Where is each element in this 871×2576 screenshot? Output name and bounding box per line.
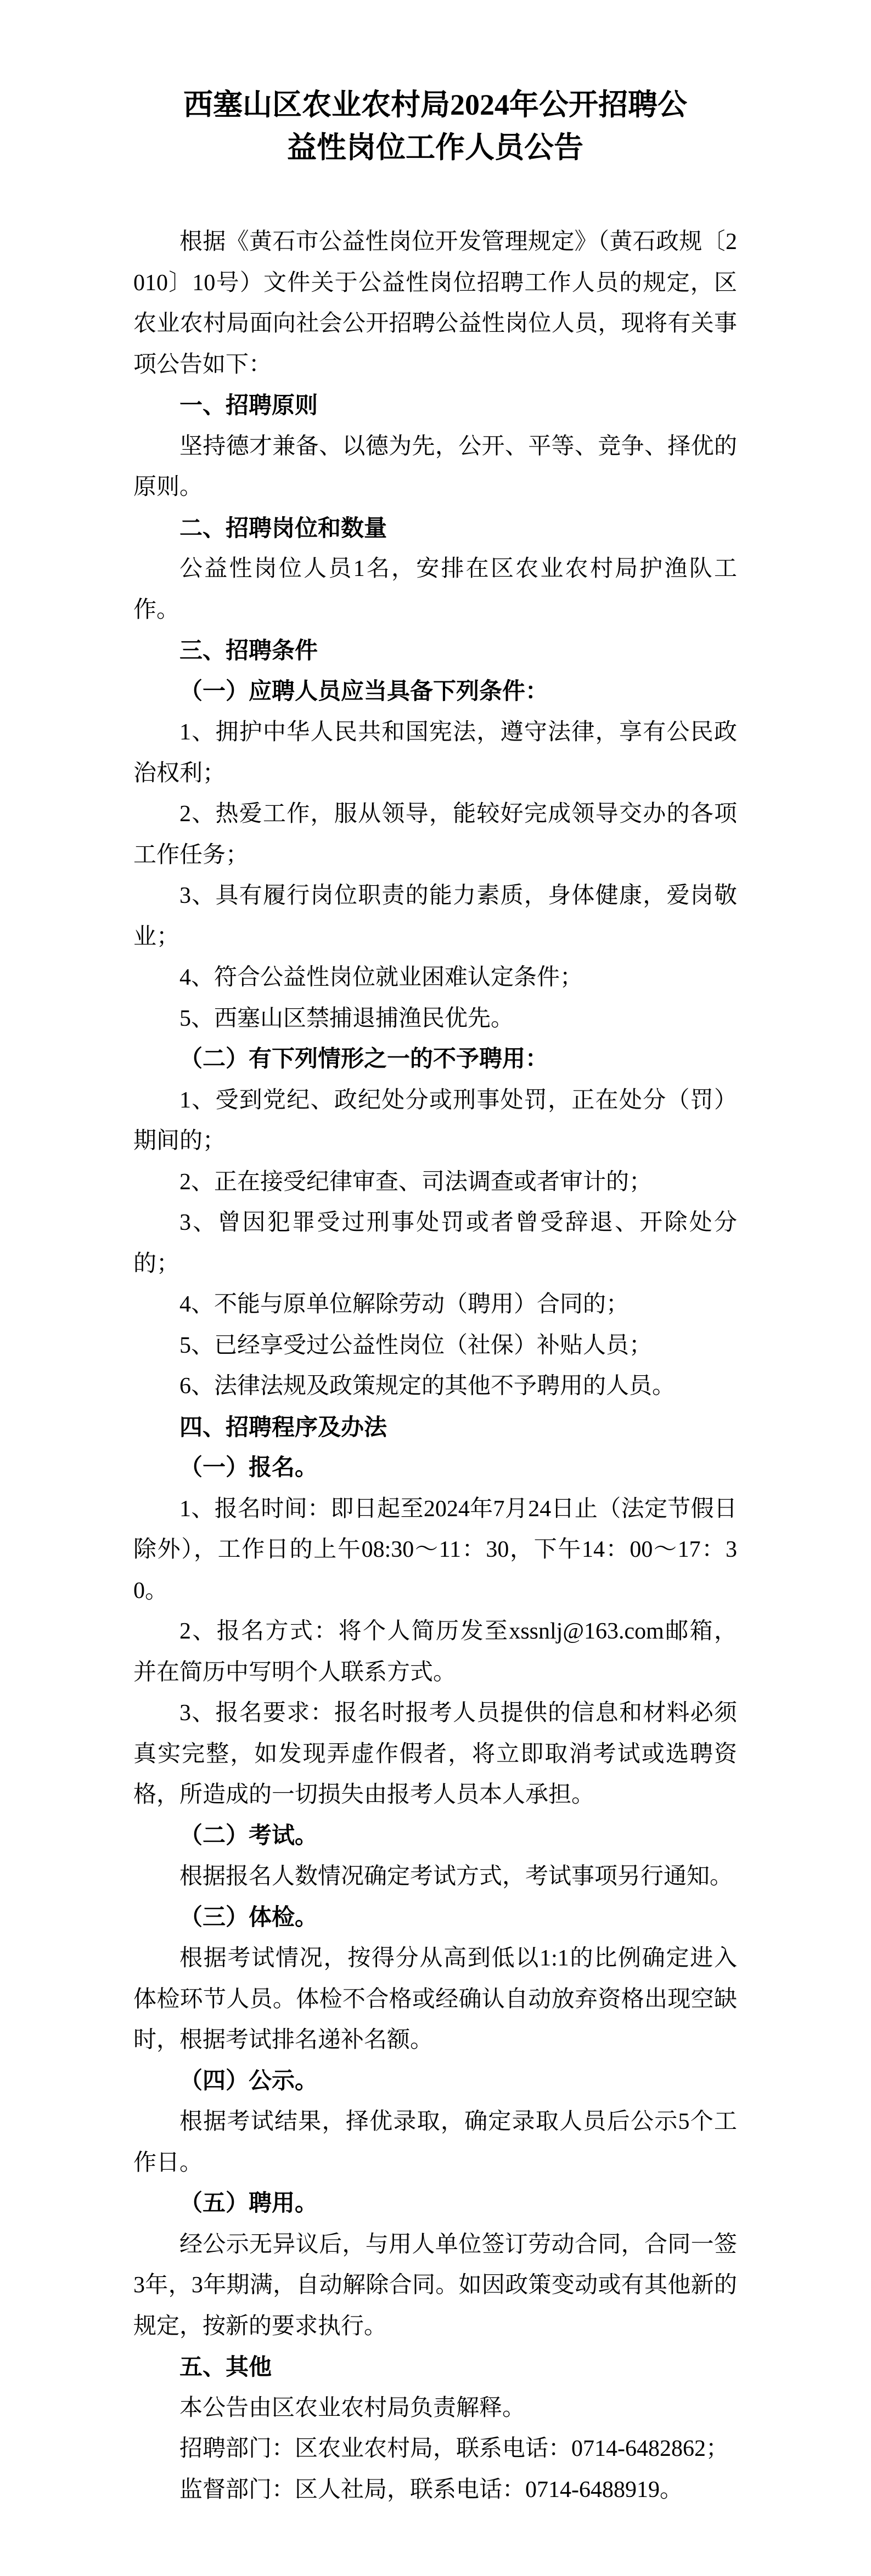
list-item: 3、报名要求：报名时报考人员提供的信息和材料必须真实完整，如发现弄虚作假者，将立…	[133, 1693, 737, 1816]
section-heading-5: 五、其他	[133, 2347, 737, 2388]
paragraph: 根据报名人数情况确定考试方式，考试事项另行通知。	[133, 1856, 737, 1897]
sub-heading: （二）考试。	[133, 1816, 737, 1857]
list-item: 1、报名时间：即日起至2024年7月24日止（法定节假日除外），工作日的上午08…	[133, 1489, 737, 1612]
list-item: 4、不能与原单位解除劳动（聘用）合同的；	[133, 1284, 737, 1325]
document-body: 根据《黄石市公益性岗位开发管理规定》（黄石政规〔2010〕10号）文件关于公益性…	[133, 222, 737, 2510]
section-heading-4: 四、招聘程序及办法	[133, 1407, 737, 1448]
list-item: 2、正在接受纪律审查、司法调查或者审计的；	[133, 1162, 737, 1203]
document-title-line-2: 益性岗位工作人员公告	[133, 126, 737, 169]
paragraph: 本公告由区农业农村局负责解释。	[133, 2388, 737, 2429]
contact-recruit-line: 招聘部门：区农业农村局，联系电话：0714-6482862；	[133, 2428, 737, 2470]
list-item: 6、法律法规及政策规定的其他不予聘用的人员。	[133, 1366, 737, 1407]
sub-heading: （三）体检。	[133, 1897, 737, 1939]
sub-heading: （四）公示。	[133, 2061, 737, 2102]
list-item: 2、热爱工作，服从领导，能较好完成领导交办的各项工作任务；	[133, 794, 737, 875]
announcement-document: 西塞山区农业农村局2024年公开招聘公 益性岗位工作人员公告 根据《黄石市公益性…	[0, 0, 871, 2576]
document-title: 西塞山区农业农村局2024年公开招聘公 益性岗位工作人员公告	[133, 83, 737, 169]
list-item: 1、受到党纪、政纪处分或刑事处罚，正在处分（罚）期间的；	[133, 1080, 737, 1162]
paragraph: 经公示无异议后，与用人单位签订劳动合同，合同一签3年，3年期满，自动解除合同。如…	[133, 2224, 737, 2347]
sub-heading: （五）聘用。	[133, 2183, 737, 2224]
sub-heading: （一）报名。	[133, 1448, 737, 1489]
section-heading-2: 二、招聘岗位和数量	[133, 508, 737, 549]
paragraph: 根据考试情况，按得分从高到低以1:1的比例确定进入体检环节人员。体检不合格或经确…	[133, 1938, 737, 2061]
list-item: 2、报名方式：将个人简历发至xssnlj@163.com邮箱，并在简历中写明个人…	[133, 1611, 737, 1693]
paragraph: 坚持德才兼备、以德为先，公开、平等、竞争、择优的原则。	[133, 426, 737, 508]
list-item: 3、曾因犯罪受过刑事处罚或者曾受辞退、开除处分的；	[133, 1202, 737, 1284]
list-item: 4、符合公益性岗位就业困难认定条件；	[133, 957, 737, 998]
section-heading-1: 一、招聘原则	[133, 385, 737, 426]
contact-supervise-line: 监督部门：区人社局，联系电话：0714-6488919。	[133, 2470, 737, 2511]
paragraph: 根据考试结果，择优录取，确定录取人员后公示5个工作日。	[133, 2102, 737, 2183]
paragraph: 公益性岗位人员1名，安排在区农业农村局护渔队工作。	[133, 549, 737, 630]
list-item: 5、已经享受过公益性岗位（社保）补贴人员；	[133, 1325, 737, 1366]
list-item: 3、具有履行岗位职责的能力素质，身体健康，爱岗敬业；	[133, 875, 737, 957]
sub-heading: （一）应聘人员应当具备下列条件：	[133, 671, 737, 713]
sub-heading: （二）有下列情形之一的不予聘用：	[133, 1039, 737, 1080]
list-item: 1、拥护中华人民共和国宪法，遵守法律，享有公民政治权利；	[133, 712, 737, 794]
paragraph-intro: 根据《黄石市公益性岗位开发管理规定》（黄石政规〔2010〕10号）文件关于公益性…	[133, 222, 737, 385]
list-item: 5、西塞山区禁捕退捕渔民优先。	[133, 998, 737, 1040]
section-heading-3: 三、招聘条件	[133, 630, 737, 671]
document-title-line-1: 西塞山区农业农村局2024年公开招聘公	[133, 83, 737, 126]
